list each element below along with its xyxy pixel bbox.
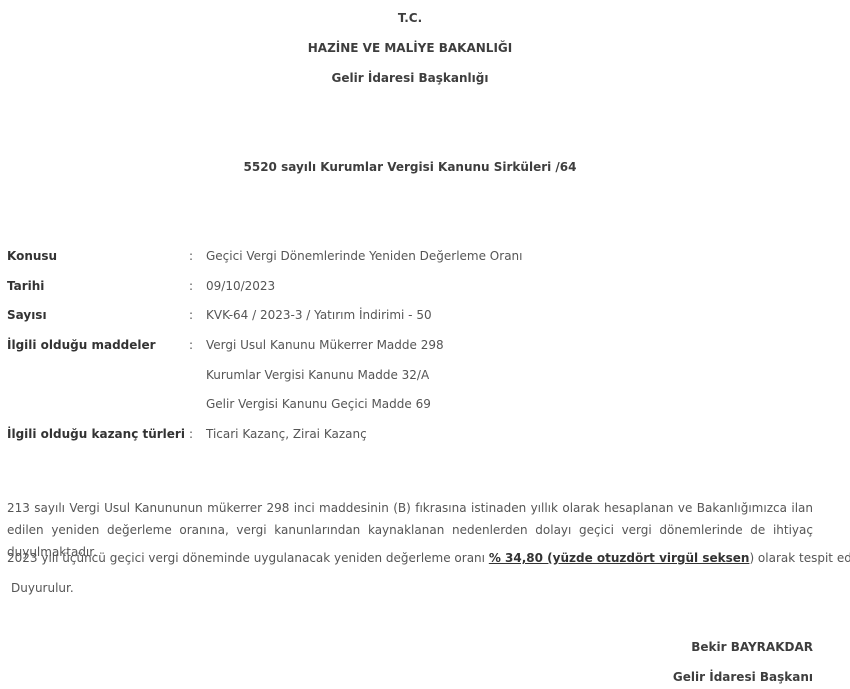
meta-value-sayisi: KVK-64 / 2023-3 / Yatırım İndirimi - 50 [206,308,432,322]
meta-value-tarihi: 09/10/2023 [206,279,275,293]
meta-row-tarihi: Tarihi : 09/10/2023 [7,279,827,309]
meta-label-maddeler: İlgili olduğu maddeler [7,338,189,352]
meta-row-maddeler: İlgili olduğu maddeler : Vergi Usul Kanu… [7,338,827,368]
meta-value-kazanc: Ticari Kazanç, Zirai Kazanç [206,427,367,441]
signatory-name: Bekir BAYRAKDAR [691,640,813,654]
closing-text: Duyurulur. [11,577,817,599]
meta-separator: : [189,427,206,441]
paragraph-2-prefix: 2023 yılı üçüncü geçici vergi döneminde … [7,551,489,565]
header-tc: T.C. [0,11,820,25]
meta-label-sayisi: Sayısı [7,308,189,322]
paragraph-2-suffix: ) olarak tespit edilmiştir. [749,551,850,565]
meta-separator: : [189,308,206,322]
meta-row-kazanc: İlgili olduğu kazanç türleri : Ticari Ka… [7,427,827,457]
meta-row-maddeler-2: Kurumlar Vergisi Kanunu Madde 32/A [7,368,827,398]
meta-value-madde-1: Vergi Usul Kanunu Mükerrer Madde 298 [206,338,444,352]
header-ministry: HAZİNE VE MALİYE BAKANLIĞI [0,41,820,55]
revaluation-rate: % 34,80 (yüzde otuzdört virgül seksen [489,551,750,565]
meta-label-kazanc: İlgili olduğu kazanç türleri [7,427,189,441]
meta-value-konusu: Geçici Vergi Dönemlerinde Yeniden Değerl… [206,249,522,263]
meta-value-madde-2: Kurumlar Vergisi Kanunu Madde 32/A [206,368,429,382]
header-department: Gelir İdaresi Başkanlığı [0,71,820,85]
meta-separator: : [189,338,206,352]
document-title: 5520 sayılı Kurumlar Vergisi Kanunu Sirk… [0,160,820,174]
meta-value-madde-3: Gelir Vergisi Kanunu Geçici Madde 69 [206,397,431,411]
meta-row-sayisi: Sayısı : KVK-64 / 2023-3 / Yatırım İndir… [7,308,827,338]
meta-row-maddeler-3: Gelir Vergisi Kanunu Geçici Madde 69 [7,397,827,427]
body-paragraph-2: 2023 yılı üçüncü geçici vergi döneminde … [7,547,813,569]
meta-label-konusu: Konusu [7,249,189,263]
meta-label-tarihi: Tarihi [7,279,189,293]
meta-separator: : [189,279,206,293]
meta-separator: : [189,249,206,263]
signatory-title: Gelir İdaresi Başkanı [673,670,813,684]
document-metadata: Konusu : Geçici Vergi Dönemlerinde Yenid… [7,249,827,457]
meta-row-konusu: Konusu : Geçici Vergi Dönemlerinde Yenid… [7,249,827,279]
